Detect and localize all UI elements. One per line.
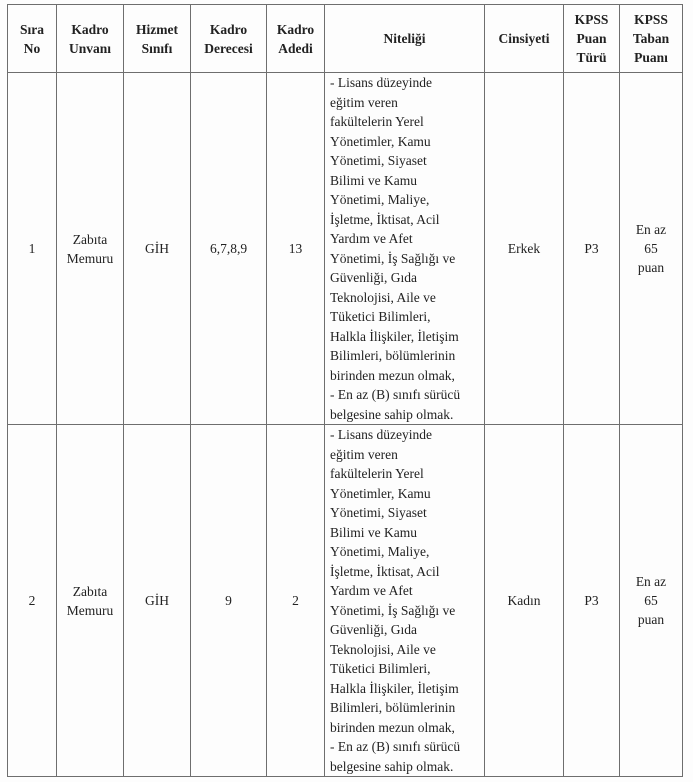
table-header-row: SıraNo KadroUnvanı HizmetSınıfı KadroDer… — [8, 5, 683, 73]
cell-kpss-taban-puani: En az65puan — [620, 73, 683, 425]
niteligi-line: Güvenliği, Gıda — [330, 268, 480, 288]
cell-niteligi: - Lisans düzeyindeeğitim verenfakülteler… — [325, 73, 485, 425]
niteligi-line: Yardım ve Afet — [330, 581, 480, 601]
niteligi-line: Yönetimler, Kamu — [330, 132, 480, 152]
header-hizmet-sinifi: HizmetSınıfı — [124, 5, 191, 73]
cell-cinsiyeti: Erkek — [485, 73, 564, 425]
niteligi-line: Yönetimler, Kamu — [330, 484, 480, 504]
header-kpss-taban-puani: KPSSTabanPuanı — [620, 5, 683, 73]
niteligi-line: - En az (B) sınıfı sürücü — [330, 385, 480, 405]
cell-kpss-puan-turu: P3 — [564, 73, 620, 425]
cell-hizmet-sinifi: GİH — [124, 73, 191, 425]
niteligi-line: Yönetimi, İş Sağlığı ve — [330, 249, 480, 269]
niteligi-line: Teknolojisi, Aile ve — [330, 288, 480, 308]
niteligi-line: - Lisans düzeyinde — [330, 425, 480, 445]
cell-kpss-puan-turu: P3 — [564, 425, 620, 777]
header-sira-no: SıraNo — [8, 5, 57, 73]
niteligi-line: belgesine sahip olmak. — [330, 757, 480, 777]
table-row: 2 ZabıtaMemuru GİH 9 2 - Lisans düzeyind… — [8, 425, 683, 777]
niteligi-line: Güvenliği, Gıda — [330, 620, 480, 640]
cell-niteligi: - Lisans düzeyindeeğitim verenfakülteler… — [325, 425, 485, 777]
niteligi-line: - En az (B) sınıfı sürücü — [330, 737, 480, 757]
niteligi-line: Yönetimi, Maliye, — [330, 190, 480, 210]
header-kadro-adedi: KadroAdedi — [267, 5, 325, 73]
niteligi-line: - Lisans düzeyinde — [330, 73, 480, 93]
niteligi-line: fakültelerin Yerel — [330, 112, 480, 132]
niteligi-line: Tüketici Bilimleri, — [330, 659, 480, 679]
niteligi-line: Teknolojisi, Aile ve — [330, 640, 480, 660]
niteligi-line: Bilimleri, bölümlerinin — [330, 346, 480, 366]
position-requirements-table: SıraNo KadroUnvanı HizmetSınıfı KadroDer… — [7, 4, 683, 777]
header-niteligi: Niteliği — [325, 5, 485, 73]
niteligi-line: belgesine sahip olmak. — [330, 405, 480, 425]
cell-kadro-unvani: ZabıtaMemuru — [57, 73, 124, 425]
niteligi-line: Yönetimi, Siyaset — [330, 151, 480, 171]
cell-kadro-adedi: 2 — [267, 425, 325, 777]
niteligi-line: Yardım ve Afet — [330, 229, 480, 249]
header-kadro-derecesi: KadroDerecesi — [191, 5, 267, 73]
niteligi-line: Bilimleri, bölümlerinin — [330, 698, 480, 718]
header-cinsiyeti: Cinsiyeti — [485, 5, 564, 73]
niteligi-line: fakültelerin Yerel — [330, 464, 480, 484]
niteligi-line: eğitim veren — [330, 93, 480, 113]
table-row: 1 ZabıtaMemuru GİH 6,7,8,9 13 - Lisans d… — [8, 73, 683, 425]
niteligi-line: Yönetimi, İş Sağlığı ve — [330, 601, 480, 621]
niteligi-line: Yönetimi, Maliye, — [330, 542, 480, 562]
niteligi-line: eğitim veren — [330, 445, 480, 465]
niteligi-line: birinden mezun olmak, — [330, 366, 480, 386]
cell-sira-no: 2 — [8, 425, 57, 777]
cell-cinsiyeti: Kadın — [485, 425, 564, 777]
cell-hizmet-sinifi: GİH — [124, 425, 191, 777]
header-kpss-puan-turu: KPSSPuanTürü — [564, 5, 620, 73]
niteligi-line: Halkla İlişkiler, İletişim — [330, 679, 480, 699]
niteligi-line: Bilimi ve Kamu — [330, 171, 480, 191]
niteligi-line: Halkla İlişkiler, İletişim — [330, 327, 480, 347]
cell-kadro-derecesi: 6,7,8,9 — [191, 73, 267, 425]
header-kadro-unvani: KadroUnvanı — [57, 5, 124, 73]
cell-kadro-derecesi: 9 — [191, 425, 267, 777]
cell-sira-no: 1 — [8, 73, 57, 425]
cell-kpss-taban-puani: En az65puan — [620, 425, 683, 777]
niteligi-line: Tüketici Bilimleri, — [330, 307, 480, 327]
niteligi-line: Bilimi ve Kamu — [330, 523, 480, 543]
cell-kadro-unvani: ZabıtaMemuru — [57, 425, 124, 777]
niteligi-line: İşletme, İktisat, Acil — [330, 210, 480, 230]
cell-kadro-adedi: 13 — [267, 73, 325, 425]
niteligi-line: Yönetimi, Siyaset — [330, 503, 480, 523]
niteligi-line: birinden mezun olmak, — [330, 718, 480, 738]
niteligi-line: İşletme, İktisat, Acil — [330, 562, 480, 582]
